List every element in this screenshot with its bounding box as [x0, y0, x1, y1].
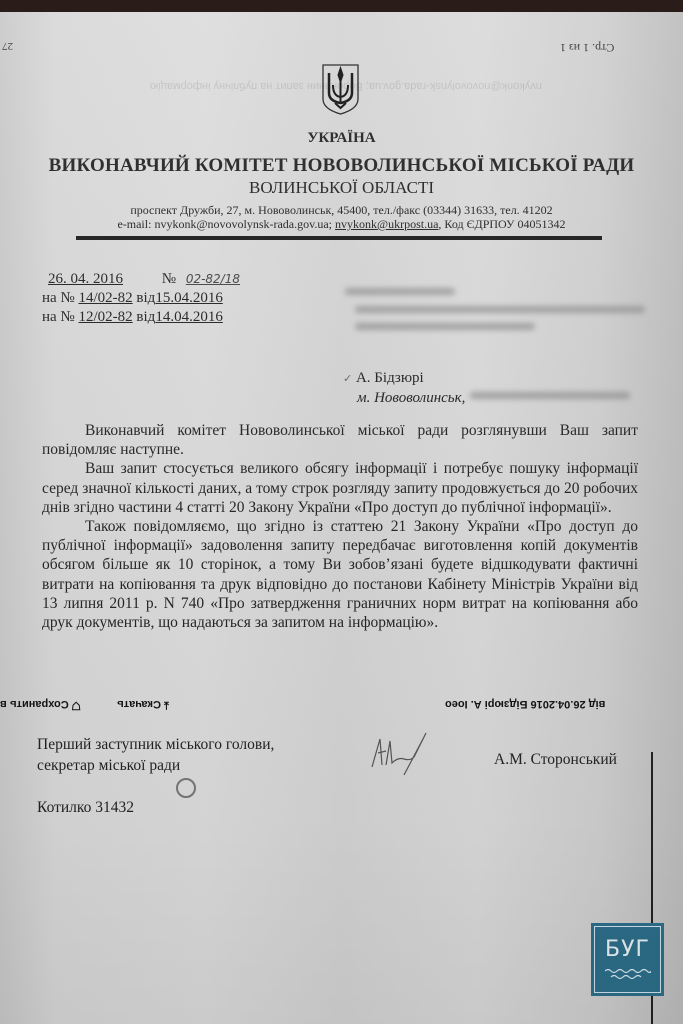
- ref-prefix: на №: [42, 290, 75, 306]
- outgoing-date: 26. 04. 2016: [42, 270, 158, 289]
- reference-block: 26. 04. 2016 № 02-82/18 на № 14/02-82 ві…: [42, 270, 298, 327]
- stamp-circle-mark: [176, 778, 196, 798]
- reply-stamp: від 26.04.2016 Бідзюрі А. Іоео: [445, 698, 605, 710]
- watermark-label: БУГ: [591, 937, 664, 962]
- letterhead-organization: ВИКОНАВЧИЙ КОМІТЕТ НОВОВОЛИНСЬКОЇ МІСЬКО…: [0, 155, 683, 177]
- letterhead-country: УКРАЇНА: [0, 130, 683, 147]
- ref-from-label: від: [136, 309, 155, 325]
- ref-from-label: від: [136, 290, 155, 306]
- addressee-city: м. Нововолинськ,: [357, 389, 465, 408]
- letterhead-region: ВОЛИНСЬКОЇ ОБЛАСТІ: [0, 178, 683, 198]
- scan-page-number: 27: [2, 40, 13, 52]
- signatory-title-line1: Перший заступник міського голови,: [37, 734, 274, 755]
- letterhead-email-alt[interactable]: nvykonk@ukrpost.ua: [335, 217, 438, 231]
- body-paragraph: Ваш запит стосується великого обсягу інф…: [42, 459, 638, 517]
- download-icon: ⤓: [164, 698, 169, 711]
- incoming-reference-2: на № 12/02-82 від14.04.2016: [42, 308, 298, 327]
- letterhead-address: проспект Дружби, 27, м. Нововолинськ, 45…: [0, 203, 683, 218]
- signatory-title: Перший заступник міського голови, секрет…: [37, 734, 274, 776]
- handwritten-signature: [364, 727, 444, 777]
- save-stamp: Сохранить в ⛉: [0, 698, 80, 711]
- incoming-reference-1: на № 14/02-82 від15.04.2016: [42, 289, 298, 308]
- addressee-name-line: ✓ А. Бідзюрі: [343, 369, 465, 389]
- check-mark-icon: ✓: [343, 373, 352, 385]
- outgoing-number: 02-82/18: [186, 270, 298, 289]
- letterhead-divider: [76, 236, 602, 240]
- signatory-name: А.М. Сторонський: [494, 751, 617, 769]
- outgoing-reference: 26. 04. 2016 № 02-82/18: [42, 270, 298, 289]
- ref-number: 12/02-82: [79, 309, 133, 325]
- executor-line: Котилко 31432: [37, 799, 134, 817]
- download-stamp: Скачать ⤓: [117, 698, 169, 711]
- save-icon: ⛉: [72, 698, 80, 711]
- letterhead-code: , Код ЄДРПОУ 04051342: [438, 217, 565, 231]
- waves-icon: [605, 968, 651, 980]
- addressee-block: ✓ А. Бідзюрі м. Нововолинськ,: [343, 369, 465, 408]
- body-paragraph: Виконавчий комітет Нововолинської місько…: [42, 421, 638, 459]
- tryzub-coat-of-arms-icon: [321, 63, 360, 115]
- addressee-name: А. Бідзюрі: [356, 370, 424, 386]
- letterhead-email: e-mail: nvykonk@novovolynsk-rada.gov.ua;: [117, 217, 335, 231]
- scan-page-indicator: Стр. 1 из 1: [560, 40, 614, 55]
- body-paragraph: Також повідомляємо, що згідно із статтею…: [42, 517, 638, 632]
- letter-body: Виконавчий комітет Нововолинської місько…: [42, 421, 638, 632]
- letterhead-contacts: e-mail: nvykonk@novovolynsk-rada.gov.ua;…: [0, 217, 683, 232]
- ref-date: 14.04.2016: [155, 309, 223, 325]
- bug-watermark-logo: БУГ: [591, 923, 664, 996]
- number-label: №: [162, 271, 176, 287]
- document-page: 27 Стр. 1 из 1 nvykonk@novovolynsk-rada.…: [0, 12, 683, 1024]
- signatory-title-line2: секретар міської ради: [37, 755, 274, 776]
- ref-date: 15.04.2016: [155, 290, 223, 306]
- ref-number: 14/02-82: [79, 290, 133, 306]
- ref-prefix: на №: [42, 309, 75, 325]
